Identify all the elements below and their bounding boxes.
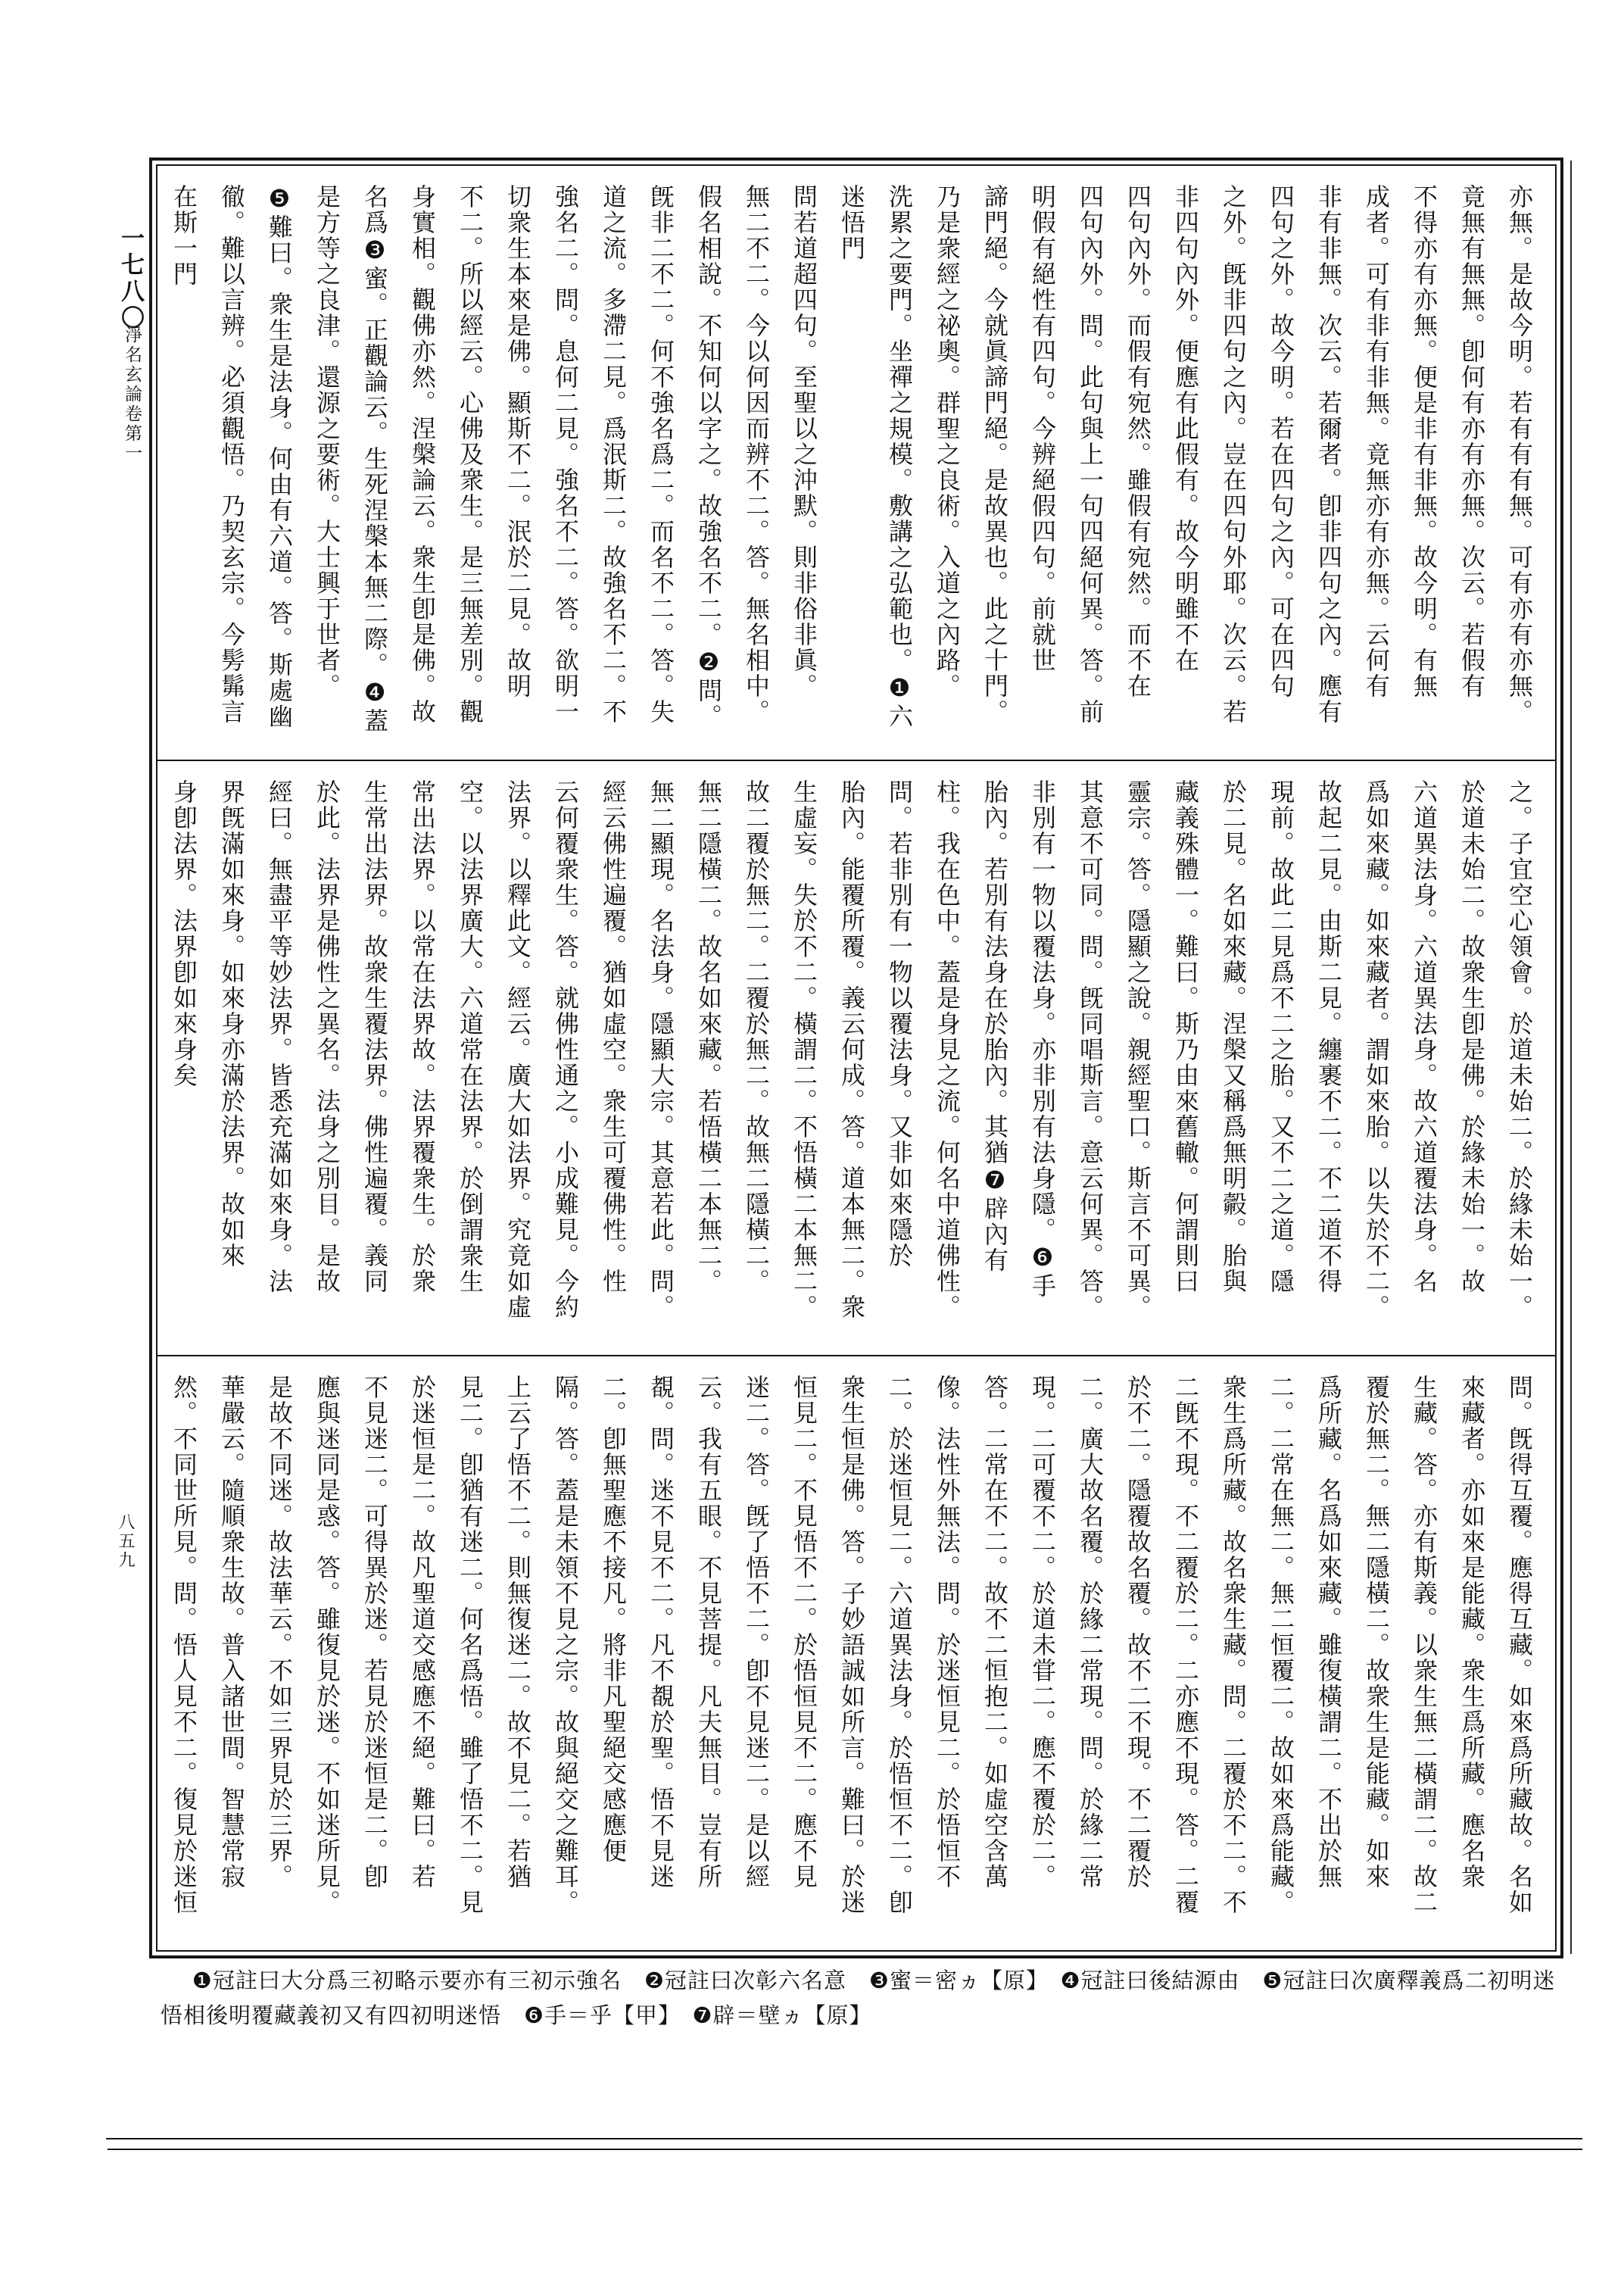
register-top: 亦無。是故今明。若有有有無。可有亦有亦無。竟無有無無。卽何有亦有亦無。次云。若假… xyxy=(157,166,1555,760)
text-column: 云。我有五眼。不見菩提。凡夫無目。豈有所 xyxy=(684,1375,732,1944)
text-column: 名爲❸蜜。正觀論云。生死涅槃本無二際。❹蓋 xyxy=(351,184,398,754)
text-column: 諦門絕。今就眞諦門絕。是故異也。此之十門。 xyxy=(971,184,1018,754)
page-number: 八五九 xyxy=(114,1513,137,1570)
text-column: 空。以法界廣大。六道常在法界。於倒謂衆生 xyxy=(446,779,494,1349)
register-bottom: 問。旣得互覆。應得互藏。如來爲所藏故。名如來藏者。亦如來是能藏。衆生爲所藏。應名… xyxy=(157,1355,1555,1950)
footnote-line: 悟相後明覆藏義初又有四初明迷悟 ❻手＝乎【甲】 ❼辟＝壁ヵ【原】 xyxy=(161,1998,1566,2033)
text-column: 見二。卽猶有迷二。何名爲悟。雖了悟不二。見 xyxy=(446,1375,494,1944)
register-middle: 之。子宜空心領會。於道未始二。於緣未始一。於道未始二。故衆生卽是佛。於緣未始一。… xyxy=(157,760,1555,1355)
text-column: 旣非二不二。何不強名爲二。而名不二。答。失 xyxy=(637,184,684,754)
text-column: 亦無。是故今明。若有有有無。可有亦有亦無。 xyxy=(1495,184,1543,754)
text-number-label: 一七八〇 xyxy=(114,226,148,332)
text-column: 故二覆於無二。二覆於無二。故無二隱橫二。 xyxy=(732,779,780,1349)
text-column: 靈宗。答。隱顯之說。親經聖口。斯言不可異。 xyxy=(1114,779,1161,1349)
text-column: 二。二常在無二。無二恒覆二。故如來爲能藏。 xyxy=(1257,1375,1304,1944)
text-column: 無二隱橫二。故名如來藏。若悟橫二本無二。 xyxy=(684,779,732,1349)
text-column: 其意不可同。問。旣同唱斯言。意云何異。答。 xyxy=(1066,779,1114,1349)
text-column: 界旣滿如來身。如來身亦滿於法界。故如來 xyxy=(207,779,255,1349)
footnote-line: ❶冠註曰大分爲三初略示要亦有三初示強名 ❷冠註曰次彰六名意 ❸蜜＝密ヵ【原】 ❹… xyxy=(161,1963,1566,1998)
text-column: 胎內。能覆所覆。義云何成。答。道本無二。衆 xyxy=(828,779,875,1349)
text-column: 問。若非別有一物以覆法身。又非如來隱於 xyxy=(875,779,923,1349)
text-column: 覆於無二。無二隱橫二。故衆生是能藏。如來 xyxy=(1352,1375,1400,1944)
text-column: 生虛妄。失於不二。橫謂二。不悟橫二本無二。 xyxy=(780,779,828,1349)
text-column: 故起二見。由斯二見。纏裹不二。不二道不得 xyxy=(1304,779,1352,1349)
text-column: 問若道超四句。至聖以之沖默。則非俗非眞。 xyxy=(780,184,828,754)
text-column: 切衆生本來是佛。顯斯不二。泯於二見。故明 xyxy=(494,184,541,754)
text-column: 問。旣得互覆。應得互藏。如來爲所藏故。名如 xyxy=(1495,1375,1543,1944)
text-column: 不二。所以經云。心佛及衆生。是三無差別。觀 xyxy=(446,184,494,754)
bottom-rule xyxy=(108,2149,1582,2150)
text-column: 四句之外。故今明。若在四句之內。可在四句 xyxy=(1257,184,1304,754)
text-column: 法界。以釋此文。經云。廣大如法界。究竟如虛 xyxy=(494,779,541,1349)
text-column: 胎內。若別有法身在於胎內。其猶❼辟內有 xyxy=(971,779,1018,1349)
text-column: 於二見。名如來藏。涅槃又稱爲無明㲉。胎與 xyxy=(1209,779,1257,1349)
text-column: 應與迷同是惑。答。雖復見於迷。不如迷所見。 xyxy=(303,1375,351,1944)
text-column: 生常出法界。故衆生覆法界。佛性遍覆。義同 xyxy=(351,779,398,1349)
text-column: 是故不同迷。故法華云。不如三界見於三界。 xyxy=(255,1375,303,1944)
text-column: 衆生爲所藏。故名衆生藏。問。二覆於不二。不 xyxy=(1209,1375,1257,1944)
text-column: ❺難曰。衆生是法身。何由有六道。答。斯處幽 xyxy=(255,184,303,754)
text-column: 明假有絕性有四句。今辨絕假四句。前就世 xyxy=(1018,184,1066,754)
text-column: 迷悟門 xyxy=(828,184,875,754)
text-column: 經曰。無盡平等妙法界。皆悉充滿如來身。法 xyxy=(255,779,303,1349)
text-column: 無二顯現。名法身。隱顯大宗。其意若此。問。 xyxy=(637,779,684,1349)
text-column: 藏義殊體一。難曰。斯乃由來舊轍。何謂則曰 xyxy=(1161,779,1209,1349)
text-column: 衆生恒是佛。答。子妙語誠如所言。難曰。於迷 xyxy=(828,1375,875,1944)
text-column: 常出法界。以常在法界故。法界覆衆生。於衆 xyxy=(398,779,446,1349)
text-column: 於道未始二。故衆生卽是佛。於緣未始一。故 xyxy=(1448,779,1495,1349)
text-column: 四句內外。而假有宛然。雖假有宛然。而不在 xyxy=(1114,184,1161,754)
text-column: 二。廣大故名覆。於緣二常現。問。於緣二常 xyxy=(1066,1375,1114,1944)
text-column: 柱。我在色中。蓋是身見之流。何名中道佛性。 xyxy=(923,779,971,1349)
text-column: 像。法性外無法。問。於迷恒見二。於悟恒不 xyxy=(923,1375,971,1944)
text-column: 現前。故此二見爲不二之胎。又不二之道。隱 xyxy=(1257,779,1304,1349)
text-frame-inner-border: 亦無。是故今明。若有有有無。可有亦有亦無。竟無有無無。卽何有亦有亦無。次云。若假… xyxy=(156,164,1557,1952)
text-column: 來藏者。亦如來是能藏。衆生爲所藏。應名衆 xyxy=(1448,1375,1495,1944)
binding-edge-line xyxy=(1570,161,1572,1954)
text-column: 答。二常在不二。故不二恒抱二。如虛空含萬 xyxy=(971,1375,1018,1944)
text-column: 隔。答。蓋是未領不見之宗。故與絕交之難耳。 xyxy=(541,1375,589,1944)
text-column: 強名二。問。息何二見。強名不二。答。欲明一 xyxy=(541,184,589,754)
text-column: 身卽法界。法界卽如來身矣 xyxy=(160,779,207,1349)
text-column: 非四句內外。便應有此假有。故今明雖不在 xyxy=(1161,184,1209,754)
text-column: 華嚴云。隨順衆生故。普入諸世間。智慧常寂 xyxy=(207,1375,255,1944)
text-column: 非有非無。次云。若爾者。卽非四句之內。應有 xyxy=(1304,184,1352,754)
text-column: 二。卽無聖應不接凡。將非凡聖絕交感應便 xyxy=(589,1375,637,1944)
text-column: 生藏。答。亦有斯義。以衆生無二橫謂二。故二 xyxy=(1400,1375,1448,1944)
text-column: 云何覆衆生。答。就佛性通之。小成難見。今約 xyxy=(541,779,589,1349)
text-column: 覩。問。迷不見不二。凡不覩於聖。悟不見迷 xyxy=(637,1375,684,1944)
text-column: 身實相。觀佛亦然。涅槃論云。衆生卽是佛。故 xyxy=(398,184,446,754)
text-column: 迷二。答。旣了悟不二。卽不見迷二。是以經 xyxy=(732,1375,780,1944)
text-column: 現。二可覆不二。於道未甞二。應不覆於二。 xyxy=(1018,1375,1066,1944)
text-column: 是方等之良津。還源之要術。大士興于世者。 xyxy=(303,184,351,754)
text-column: 四句內外。問。此句與上一句四絕何異。答。前 xyxy=(1066,184,1114,754)
text-column: 二。於迷恒見二。六道異法身。於悟恒不二。卽 xyxy=(875,1375,923,1944)
text-frame: 亦無。是故今明。若有有有無。可有亦有亦無。竟無有無無。卽何有亦有亦無。次云。若假… xyxy=(149,158,1563,1958)
text-column: 六道異法身。六道異法身。故六道覆法身。名 xyxy=(1400,779,1448,1349)
text-column: 於迷恒是二。故凡聖道交感應不絕。難曰。若 xyxy=(398,1375,446,1944)
text-column: 竟無有無無。卽何有亦有亦無。次云。若假有 xyxy=(1448,184,1495,754)
text-column: 徹。難以言辨。必須觀悟。乃契玄宗。今髣髴言 xyxy=(207,184,255,754)
text-column: 無二不二。今以何因而辨不二。答。無名相中。 xyxy=(732,184,780,754)
text-column: 上云了悟不二。則無復迷二。故不見二。若猶 xyxy=(494,1375,541,1944)
text-column: 然。不同世所見。問。悟人見不二。復見於迷恒 xyxy=(160,1375,207,1944)
text-column: 乃是衆經之祕奧。群聖之良術。入道之內路。 xyxy=(923,184,971,754)
text-column: 爲如來藏。如來藏者。謂如來胎。以失於不二。 xyxy=(1352,779,1400,1349)
text-column: 恒見二。不見悟不二。於悟恒見不二。應不見 xyxy=(780,1375,828,1944)
text-column: 成者。可有非有非無。竟無亦有亦無。云何有 xyxy=(1352,184,1400,754)
text-column: 經云佛性遍覆。猶如虛空。衆生可覆佛性。性 xyxy=(589,779,637,1349)
text-column: 不見迷二。可得異於迷。若見於迷恒是二。卽 xyxy=(351,1375,398,1944)
text-column: 之。子宜空心領會。於道未始二。於緣未始一。 xyxy=(1495,779,1543,1349)
text-column: 爲所藏。名爲如來藏。雖復橫謂二。不出於無 xyxy=(1304,1375,1352,1944)
text-column: 洗累之要門。坐禪之規模。敷講之弘範也。❶六 xyxy=(875,184,923,754)
text-column: 二旣不現。不二覆於二。二亦應不現。答。二覆 xyxy=(1161,1375,1209,1944)
text-column: 在斯一門 xyxy=(160,184,207,754)
text-column: 道之流。多滯二見。爲泯斯二。故強名不二。不 xyxy=(589,184,637,754)
bottom-rule xyxy=(106,2138,1582,2139)
text-column: 之外。旣非四句之內。豈在四句外耶。次云。若 xyxy=(1209,184,1257,754)
text-column: 於此。法界是佛性之異名。法身之別目。是故 xyxy=(303,779,351,1349)
text-column: 不得亦有亦無。便是非有非無。故今明。有無 xyxy=(1400,184,1448,754)
text-column: 非別有一物以覆法身。亦非別有法身隱。❻手 xyxy=(1018,779,1066,1349)
footnote-block: ❶冠註曰大分爲三初略示要亦有三初示強名 ❷冠註曰次彰六名意 ❸蜜＝密ヵ【原】 ❹… xyxy=(161,1963,1566,2033)
sutra-title: 淨名玄論卷第一 xyxy=(120,326,145,463)
text-column: 於不二。隱覆故名覆。故不二不現。不二覆於 xyxy=(1114,1375,1161,1944)
text-column: 假名相說。不知何以字之。故強名不二。❷問。 xyxy=(684,184,732,754)
